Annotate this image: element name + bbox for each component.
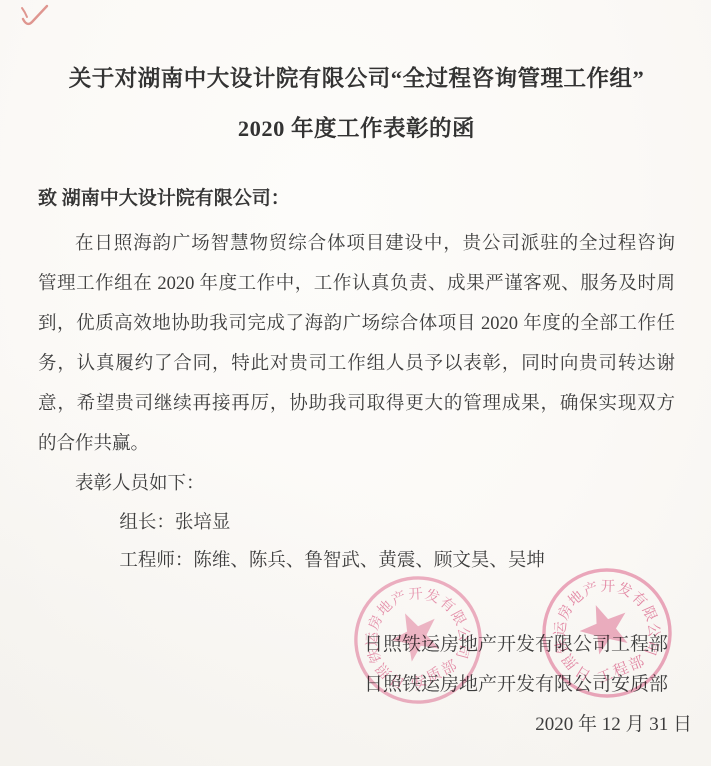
body-line: 务，认真履约了合同，特此对贵司工作组人员予以表彰，同时向贵司转达谢 [38,344,675,384]
signature-date: 2020 年 12 月 31 日 [38,705,692,745]
body-paragraph: 在日照海韵广场智慧物贸综合体项目建设中，贵公司派驻的全过程咨询 管理工作组在 2… [38,224,675,464]
commend-intro: 表彰人员如下： [38,464,675,504]
body-line: 意，希望贵司继续再接再厉，协助我司取得更大的管理成果，确保实现双方 [38,384,675,424]
signature-dept-1: 日照铁运房地产开发有限公司工程部 [38,625,675,665]
salutation: 致 湖南中大设计院有限公司： [38,186,675,212]
red-pen-mark [18,2,62,32]
body-line: 在日照海韵广场智慧物贸综合体项目建设中，贵公司派驻的全过程咨询 [38,224,675,264]
document-title: 关于对湖南中大设计院有限公司“全过程咨询管理工作组” 2020 年度工作表彰的函 [38,62,675,146]
body-line: 管理工作组在 2020 年度工作中，工作认真负责、成果严谨客观、服务及时周 [38,264,675,304]
scanned-letter-page: 关于对湖南中大设计院有限公司“全过程咨询管理工作组” 2020 年度工作表彰的函… [0,0,711,766]
title-line-2: 2020 年度工作表彰的函 [38,112,675,146]
title-line-1: 关于对湖南中大设计院有限公司“全过程咨询管理工作组” [38,62,675,96]
signature-dept-2: 日照铁运房地产开发有限公司安质部 [38,665,675,705]
body-line: 到，优质高效地协助我司完成了海韵广场综合体项目 2020 年度的全部工作任 [38,304,675,344]
signature-block: 日照铁运房地产开发有限公司工程部 日照铁运房地产开发有限公司安质部 2020 年… [38,625,675,745]
body-line: 的合作共赢。 [38,424,675,464]
leader-line: 组长：张培显 [38,504,675,542]
engineers-line: 工程师：陈维、陈兵、鲁智武、黄震、顾文昊、吴坤 [38,542,675,580]
